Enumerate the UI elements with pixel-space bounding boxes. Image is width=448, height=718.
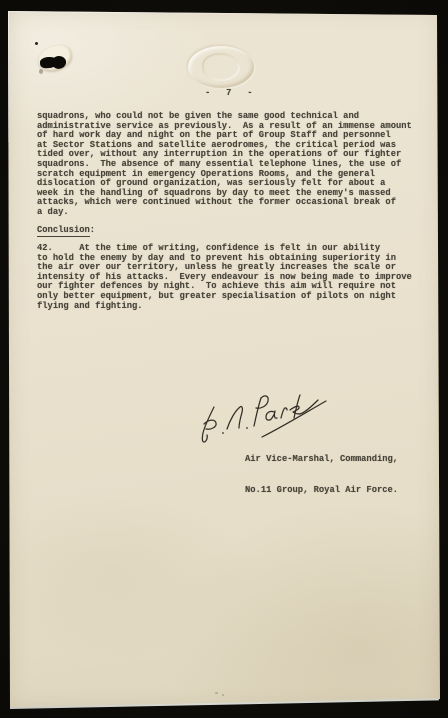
signature-title-line2: No.11 Group, Royal Air Force. (245, 485, 398, 495)
photographed-document: - 7 - squadrons, who could not be given … (0, 0, 448, 718)
paper-blemish (39, 69, 43, 74)
conclusion-heading-colon: : (90, 225, 95, 235)
document-page: - 7 - squadrons, who could not be given … (0, 0, 448, 718)
embossed-seal-crest (202, 53, 240, 81)
ink-speck (35, 42, 38, 45)
paper-blemish (222, 694, 224, 696)
paper-edge-highlight (8, 12, 9, 142)
signature-title-block: Air Vice-Marshal, Commanding, No.11 Grou… (245, 433, 398, 516)
conclusion-heading: Conclusion: (37, 226, 95, 236)
body-paragraph-continuation: squadrons, who could not be given the sa… (37, 112, 412, 218)
page-number: - 7 - (205, 89, 253, 99)
signature-title-line1: Air Vice-Marshal, Commanding, (245, 454, 398, 464)
conclusion-paragraph: 42. At the time of writing, confidence i… (37, 244, 412, 311)
embossed-seal-icon (188, 46, 254, 88)
paper-blemish (215, 692, 218, 694)
conclusion-heading-label: Conclusion (37, 225, 90, 237)
paper-edge-highlight (8, 11, 436, 15)
